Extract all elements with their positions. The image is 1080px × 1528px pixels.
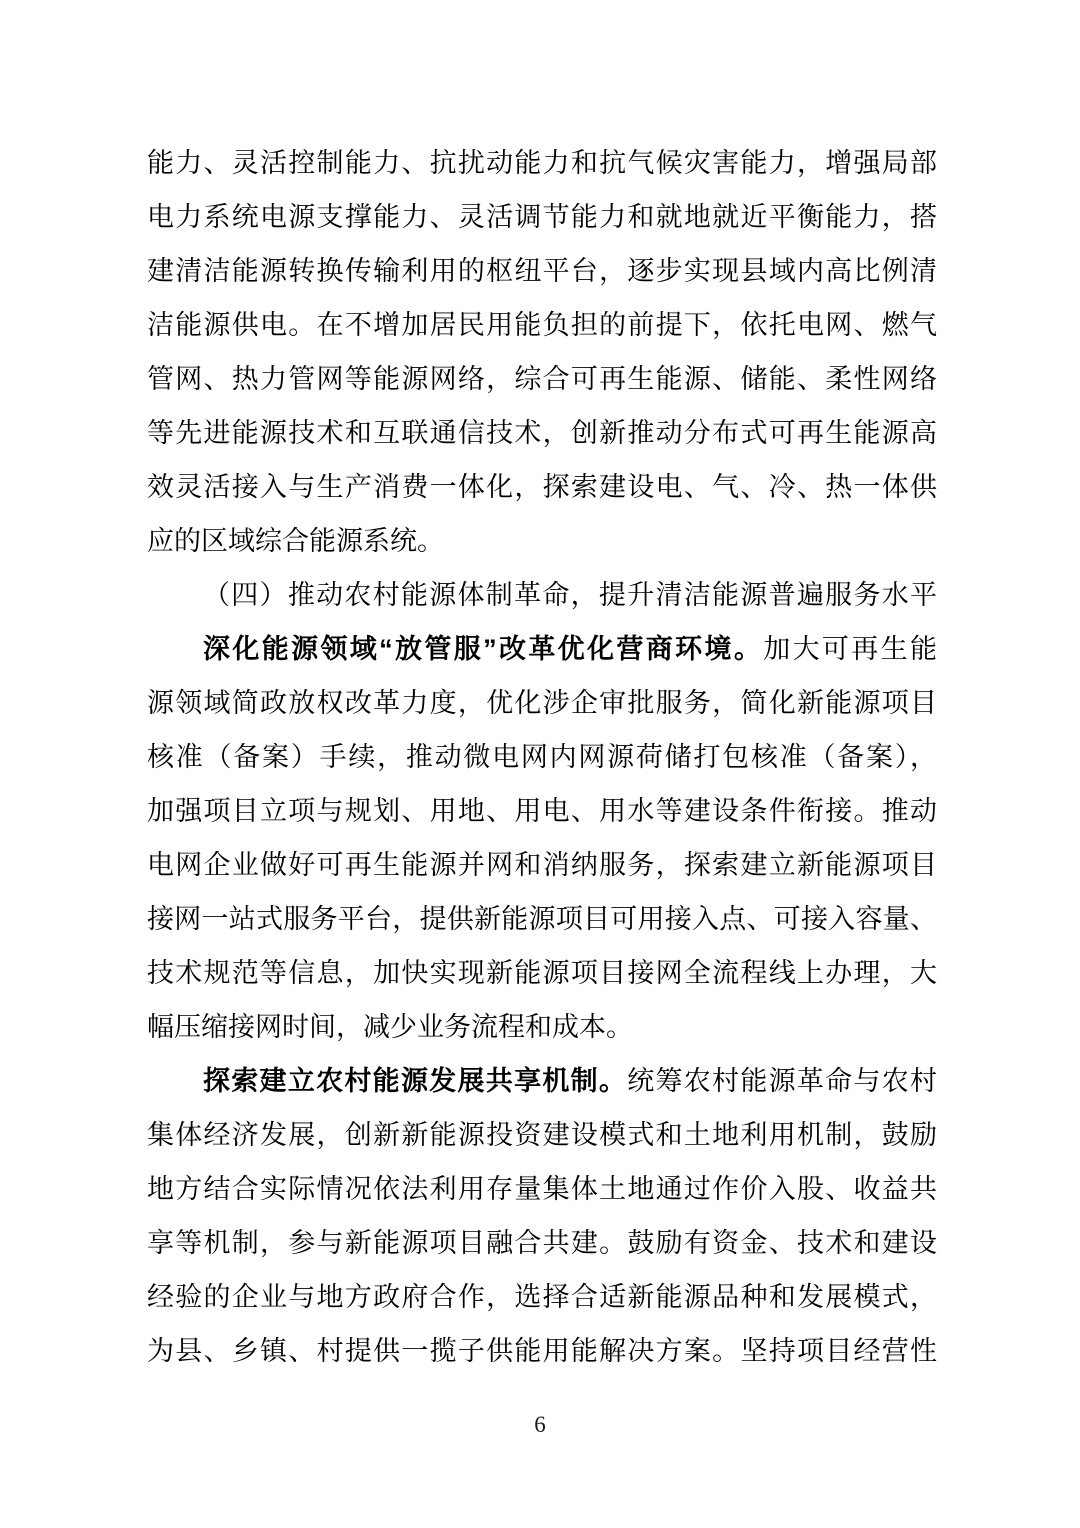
text-line: 集体经济发展，创新新能源投资建设模式和土地利用机制，鼓励 (147, 1108, 937, 1162)
text-segment: 加强项目立项与规划、用地、用电、用水等建设条件衔接。推动 (147, 796, 937, 826)
text-line: 管网、热力管网等能源网络，综合可再生能源、储能、柔性网络 (147, 352, 937, 406)
text-segment: 等先进能源技术和互联通信技术，创新推动分布式可再生能源高 (147, 418, 937, 448)
text-line: （四）推动农村能源体制革命，提升清洁能源普遍服务水平 (147, 568, 937, 622)
text-segment: 能力、灵活控制能力、抗扰动能力和抗气候灾害能力，增强局部 (147, 148, 937, 178)
text-line: 能力、灵活控制能力、抗扰动能力和抗气候灾害能力，增强局部 (147, 136, 937, 190)
text-segment: 电力系统电源支撑能力、灵活调节能力和就地就近平衡能力，搭 (147, 202, 937, 232)
text-line: 地方结合实际情况依法利用存量集体土地通过作价入股、收益共 (147, 1162, 937, 1216)
text-segment: （四）推动农村能源体制革命，提升清洁能源普遍服务水平 (203, 580, 937, 610)
text-line: 应的区域综合能源系统。 (147, 514, 937, 568)
text-line: 深化能源领域“放管服”改革优化营商环境。加大可再生能 (147, 622, 937, 676)
text-line: 源领域简政放权改革力度，优化涉企审批服务，简化新能源项目 (147, 676, 937, 730)
text-line: 建清洁能源转换传输利用的枢纽平台，逐步实现县域内高比例清 (147, 244, 937, 298)
text-line: 加强项目立项与规划、用地、用电、用水等建设条件衔接。推动 (147, 784, 937, 838)
text-segment: 电网企业做好可再生能源并网和消纳服务，探索建立新能源项目 (147, 850, 937, 880)
text-line: 探索建立农村能源发展共享机制。统筹农村能源革命与农村 (147, 1054, 937, 1108)
text-line: 核准（备案）手续，推动微电网内网源荷储打包核准（备案）， (147, 730, 937, 784)
text-line: 经验的企业与地方政府合作，选择合适新能源品种和发展模式， (147, 1270, 937, 1324)
text-line: 电网企业做好可再生能源并网和消纳服务，探索建立新能源项目 (147, 838, 937, 892)
text-line: 接网一站式服务平台，提供新能源项目可用接入点、可接入容量、 (147, 892, 937, 946)
text-line: 效灵活接入与生产消费一体化，探索建设电、气、冷、热一体供 (147, 460, 937, 514)
text-segment: 统筹农村能源革命与农村 (627, 1066, 937, 1096)
page-number: 6 (0, 1412, 1080, 1438)
text-segment: 核准（备案）手续，推动微电网内网源荷储打包核准（备案）， (147, 742, 937, 772)
text-segment: 接网一站式服务平台，提供新能源项目可用接入点、可接入容量、 (147, 904, 937, 934)
text-segment: 源领域简政放权改革力度，优化涉企审批服务，简化新能源项目 (147, 688, 937, 718)
document-body: 能力、灵活控制能力、抗扰动能力和抗气候灾害能力，增强局部电力系统电源支撑能力、灵… (147, 136, 937, 1378)
text-segment: 洁能源供电。在不增加居民用能负担的前提下，依托电网、燃气 (147, 310, 937, 340)
text-line: 为县、乡镇、村提供一揽子供能用能解决方案。坚持项目经营性 (147, 1324, 937, 1378)
bold-text-segment: 探索建立农村能源发展共享机制。 (203, 1066, 627, 1096)
text-segment: 加大可再生能 (763, 634, 937, 664)
document-page: 能力、灵活控制能力、抗扰动能力和抗气候灾害能力，增强局部电力系统电源支撑能力、灵… (0, 0, 1080, 1528)
text-segment: 经验的企业与地方政府合作，选择合适新能源品种和发展模式， (147, 1282, 937, 1312)
text-line: 电力系统电源支撑能力、灵活调节能力和就地就近平衡能力，搭 (147, 190, 937, 244)
text-segment: 集体经济发展，创新新能源投资建设模式和土地利用机制，鼓励 (147, 1120, 937, 1150)
text-line: 洁能源供电。在不增加居民用能负担的前提下，依托电网、燃气 (147, 298, 937, 352)
text-line: 等先进能源技术和互联通信技术，创新推动分布式可再生能源高 (147, 406, 937, 460)
text-line: 享等机制，参与新能源项目融合共建。鼓励有资金、技术和建设 (147, 1216, 937, 1270)
text-segment: 享等机制，参与新能源项目融合共建。鼓励有资金、技术和建设 (147, 1228, 937, 1258)
text-segment: 管网、热力管网等能源网络，综合可再生能源、储能、柔性网络 (147, 364, 937, 394)
text-line: 幅压缩接网时间，减少业务流程和成本。 (147, 1000, 937, 1054)
bold-text-segment: 深化能源领域“放管服”改革优化营商环境。 (203, 634, 763, 664)
text-line: 技术规范等信息，加快实现新能源项目接网全流程线上办理，大 (147, 946, 937, 1000)
text-segment: 地方结合实际情况依法利用存量集体土地通过作价入股、收益共 (147, 1174, 937, 1204)
text-segment: 幅压缩接网时间，减少业务流程和成本。 (147, 1012, 633, 1042)
text-segment: 为县、乡镇、村提供一揽子供能用能解决方案。坚持项目经营性 (147, 1336, 937, 1366)
text-segment: 效灵活接入与生产消费一体化，探索建设电、气、冷、热一体供 (147, 472, 937, 502)
text-segment: 建清洁能源转换传输利用的枢纽平台，逐步实现县域内高比例清 (147, 256, 937, 286)
text-segment: 应的区域综合能源系统。 (147, 526, 444, 556)
text-segment: 技术规范等信息，加快实现新能源项目接网全流程线上办理，大 (147, 958, 937, 988)
